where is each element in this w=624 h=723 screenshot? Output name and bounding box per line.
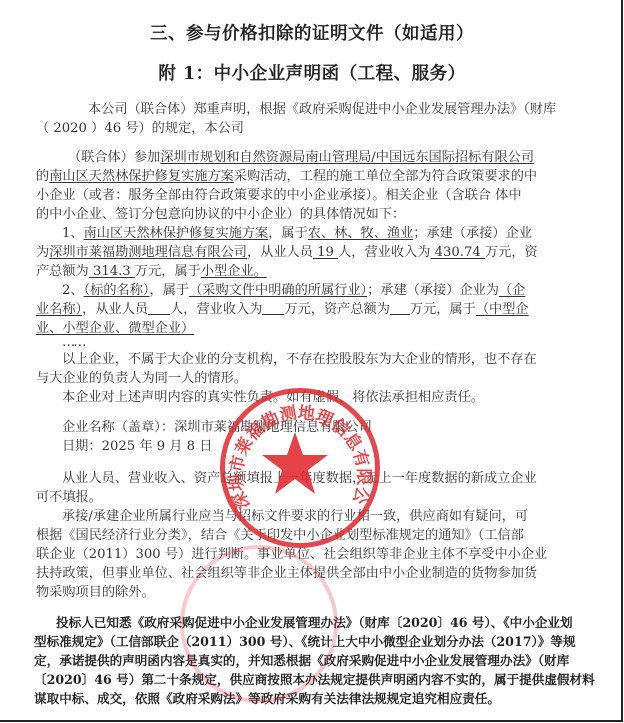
purchaser-name: 深圳市规划和自然资源局南山管理局/中国远东国际招标有限公司	[160, 150, 534, 165]
item-1-company: 深圳市莱福勘测地理信息有限公司	[49, 245, 247, 260]
item-1-revenue: 430.74	[430, 245, 485, 260]
intro-line-3-prefix: （联合体）参加	[68, 150, 160, 165]
signature-company: 企业名称（盖章）：深圳市莱福勘测地理信息有限公司	[62, 418, 372, 437]
item-2-revenue-label: 人，营业收入为	[170, 302, 262, 317]
statement-line-2: 与大企业的负责人为同一人的情形。	[36, 369, 247, 388]
signature-date-label: 日期：	[62, 439, 102, 454]
signature-company-name: 深圳市莱福勘测地理信息有限公司	[174, 420, 372, 435]
intro-line-6: 的中小企业、签订分包意向协议的中小企业）的具体情况如下：	[36, 205, 405, 224]
item-1-revenue-unit: 万元，资	[485, 245, 538, 260]
item-1-number: 1、	[62, 226, 84, 241]
signature-company-label: 企业名称（盖章）：	[62, 420, 174, 435]
item-2-belongs: ，属于	[150, 283, 190, 298]
item-2-size-b: 业、小型企业、微型企业）	[36, 321, 194, 336]
item-1-assets-unit: 万元，属于	[135, 264, 201, 279]
item-2-size-a: （中型企	[476, 302, 529, 317]
intro-line-5: 小企业（或者：服务全部由符合政策要求的中小企业承接）。相关企业（含联合 体中	[36, 186, 522, 205]
item-2-company-a: （企	[499, 283, 525, 298]
commitment-line-5: 谋取中标、成交，依照《政府采购法》等政府采购有关法律法规规定追究相应责任。	[34, 689, 500, 708]
item-1-line-2: 为深圳市莱福勘测地理信息有限公司，从业人员 19 人，营业收入为 430.74 …	[36, 243, 538, 262]
commitment-line-2: 型标准规定》（工信部联企（2011）300 号）、《统计上大中小微型企业划分办法…	[34, 632, 576, 651]
item-2-contractor-label: ；承建（承接）企业为	[367, 283, 499, 298]
note-2-line-4: 扶持政策，但事业单位、社会组织等非企业主体提供全部由中小企业制造的货物参加货	[36, 564, 537, 583]
item-2-industry: （采购文件中明确的所属行业）	[189, 283, 367, 298]
signature-date: 日期：2025 年 9 月 8 日	[62, 437, 212, 456]
item-1-size: 小型企业。	[201, 264, 267, 279]
note-1-line-2: 可不填报。	[36, 488, 102, 507]
item-1-contractor-label: ；承建（承接）企业	[413, 226, 532, 241]
item-1-line-3: 产总额为 314.3 万元，属于小型企业。	[36, 262, 267, 281]
item-2-assets-blank	[390, 301, 410, 315]
intro-line-2: （ 2020 ）46 号）的规定，本公司	[36, 119, 244, 138]
item-2-size-label: 万元，属于	[410, 302, 476, 317]
note-1-line-1: 从业人员、营业收入、资产总额填报上一年度数据，无上一年度数据的新成立企业	[62, 469, 537, 488]
project-name: 南山区天然林保护修复实施方案	[49, 169, 234, 184]
intro-line-4-suffix: 采购活动，工程的施工单位全部为符合政策要求的中	[234, 169, 537, 184]
item-1-industry: 农、林、牧、渔业	[308, 226, 414, 241]
item-2-line-3: 业、小型企业、微型企业）	[36, 319, 194, 338]
section-title: 三、参与价格扣除的证明文件（如适用）	[0, 20, 624, 45]
item-1-for: 为	[36, 245, 49, 260]
item-1-assets: 314.3	[89, 264, 135, 279]
intro-line-3: （联合体）参加深圳市规划和自然资源局南山管理局/中国远东国际招标有限公司	[68, 148, 534, 167]
item-2-company-b: 业名称）	[36, 302, 82, 317]
document-page: 三、参与价格扣除的证明文件（如适用） 附 1：中小企业声明函（工程、服务） 本公…	[0, 0, 623, 722]
item-2-assets-label: 万元，资产总额为	[284, 302, 390, 317]
item-1-staff-label: ，从业人员	[247, 245, 313, 260]
statement-line-3: 本企业对上述声明内容的真实性负责。如有虚假，将依法承担相应责任。	[62, 388, 484, 407]
item-1-revenue-label: 人，营业收入为	[338, 245, 430, 260]
item-2-project: （标的名称）	[84, 283, 150, 298]
statement-line-1: 以上企业，不属于大企业的分支机构，不存在控股股东为大企业的情形，也不存在	[62, 350, 537, 369]
item-2-number: 2、	[62, 283, 84, 298]
intro-line-4-prefix: 的	[36, 169, 49, 184]
item-1-project: 南山区天然林保护修复实施方案	[84, 226, 269, 241]
commitment-line-4: 〔2020〕46 号）第二十条规定，供应商按照本办法规定提供声明函内容不实的，属…	[34, 670, 595, 689]
item-2-revenue-blank	[262, 301, 284, 315]
item-1-staff-count: 19	[313, 245, 338, 260]
attachment-title: 附 1：中小企业声明函（工程、服务）	[0, 60, 624, 85]
note-2-line-3: 联企业（2011）300 号）进行判断。事业单位、社会组织等非企业主体不享受中小…	[36, 545, 547, 564]
item-2-staff-blank	[148, 301, 170, 315]
item-1-belongs: ，属于	[268, 226, 308, 241]
item-2-line-2: 业名称），从业人员人，营业收入为万元，资产总额为万元，属于（中型企	[36, 300, 529, 319]
intro-line-1: 本公司（联合体）郑重声明，根据《政府采购促进中小企业发展管理办法》（财库	[88, 100, 556, 119]
commitment-line-3: 定，承诺提供的声明函内容是真实的，并知悉根据《政府采购促进中小企业发展管理办法》…	[34, 651, 569, 670]
note-2-line-5: 物采购项目的除外。	[36, 583, 155, 602]
commitment-line-1: 投标人已知悉《政府采购促进中小企业发展管理办法》（财库〔2020〕46 号）、《…	[56, 613, 573, 632]
note-2-line-1: 承接/承建企业所属行业应当与招标文件要求的行业相一致，供应商如有疑问，可	[62, 507, 528, 526]
item-1-line-1: 1、南山区天然林保护修复实施方案，属于农、林、牧、渔业；承建（承接）企业	[62, 224, 532, 243]
item-2-line-1: 2、（标的名称），属于（采购文件中明确的所属行业）；承建（承接）企业为（企	[62, 281, 525, 300]
note-2-line-2: 根据《国民经济行业分类》，结合《关于印发中小企业划型标准规定的通知》（工信部	[36, 526, 524, 545]
item-1-assets-label: 产总额为	[36, 264, 89, 279]
item-2-staff-label: ，从业人员	[82, 302, 148, 317]
signature-date-value: 2025 年 9 月 8 日	[102, 439, 213, 454]
intro-line-4: 的南山区天然林保护修复实施方案采购活动，工程的施工单位全部为符合政策要求的中	[36, 167, 537, 186]
